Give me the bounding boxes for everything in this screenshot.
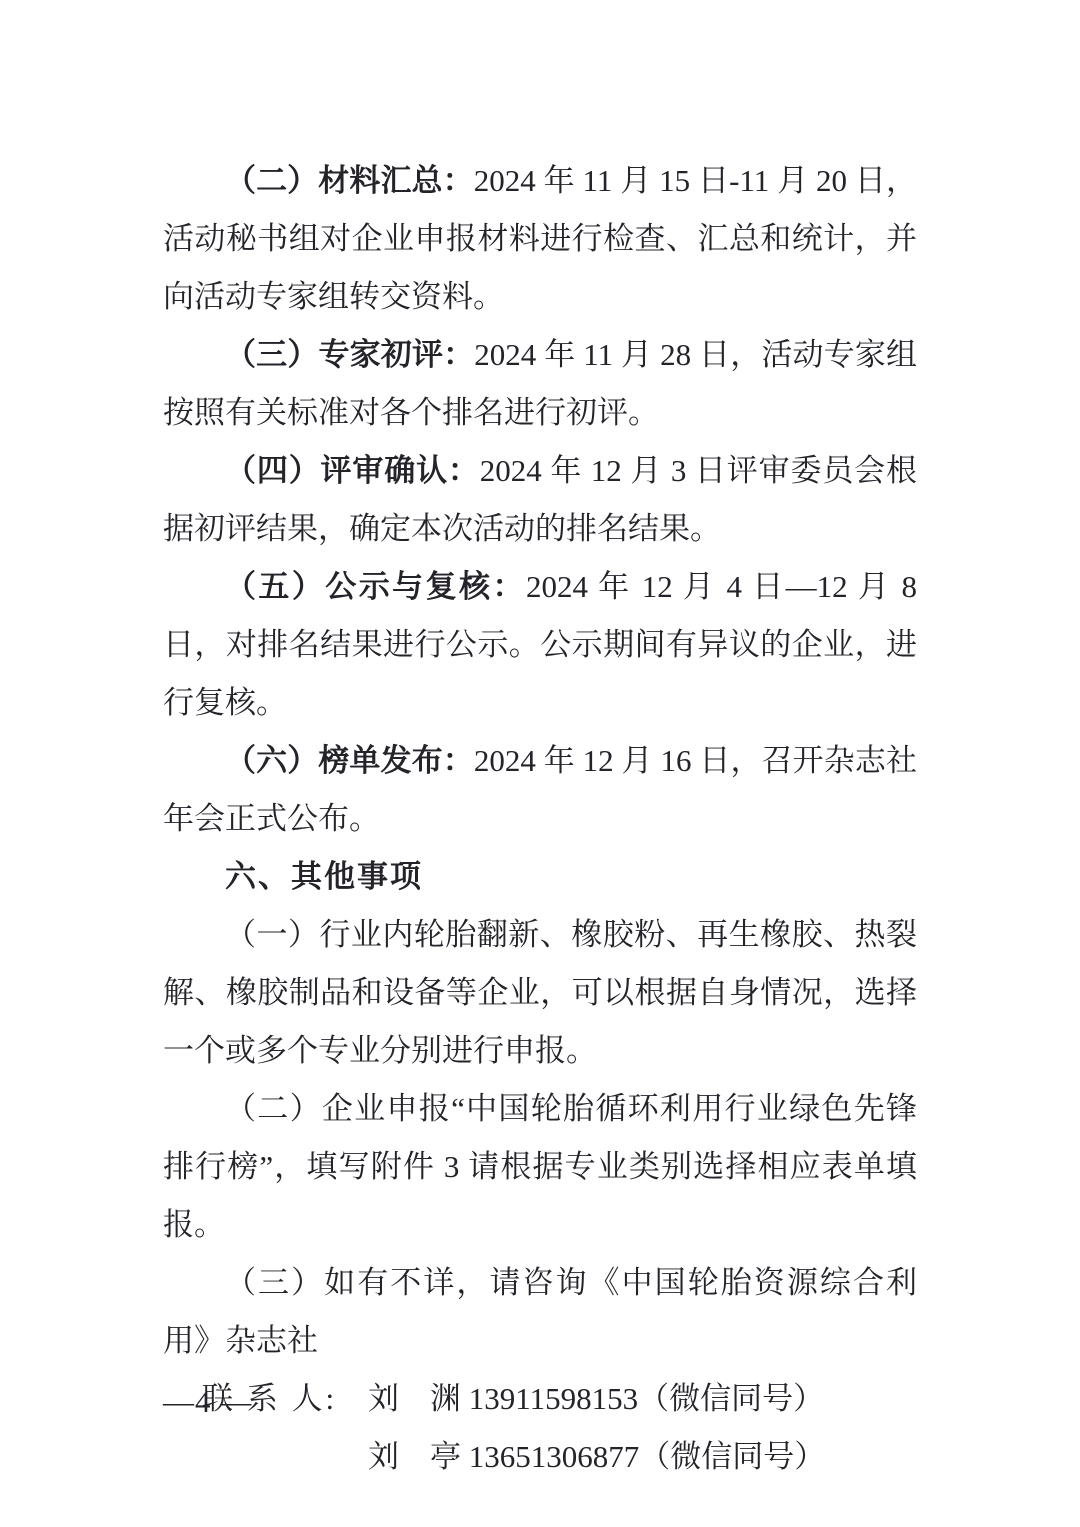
page-number: —4 — (163, 1382, 252, 1422)
contact-line-2: 刘 亭 13651306877（微信同号） (163, 1428, 917, 1486)
paragraph-publicity-and-recheck: （五）公示与复核：2024 年 12 月 4 日—12 月 8 日，对排名结果进… (163, 558, 917, 732)
paragraph-material-summary: （二）材料汇总：2024 年 11 月 15 日-11 月 20 日，活动秘书组… (163, 152, 917, 326)
contact-value-1: 刘 渊 13911598153（微信同号） (368, 1381, 824, 1416)
paragraph-review-confirmation: （四）评审确认：2024 年 12 月 3 日评审委员会根据初评结果，确定本次活… (163, 442, 917, 558)
paragraph-lead: （六）榜单发布： (225, 743, 474, 778)
document-body: （二）材料汇总：2024 年 11 月 15 日-11 月 20 日，活动秘书组… (163, 152, 917, 1486)
paragraph-list-release: （六）榜单发布：2024 年 12 月 16 日，召开杂志社年会正式公布。 (163, 732, 917, 848)
paragraph-expert-initial-review: （三）专家初评：2024 年 11 月 28 日，活动专家组按照有关标准对各个排… (163, 326, 917, 442)
section-heading-other-matters: 六、其他事项 (163, 848, 917, 906)
paragraph-lead: （四）评审确认： (225, 453, 480, 488)
other-item-3: （三）如有不详，请咨询《中国轮胎资源综合利用》杂志社 (163, 1254, 917, 1370)
other-item-1: （一）行业内轮胎翻新、橡胶粉、再生橡胶、热裂解、橡胶制品和设备等企业，可以根据自… (163, 906, 917, 1080)
document-page: （二）材料汇总：2024 年 11 月 15 日-11 月 20 日，活动秘书组… (0, 0, 1080, 1527)
other-item-2: （二）企业申报“中国轮胎循环利用行业绿色先锋排行榜”，填写附件 3 请根据专业类… (163, 1080, 917, 1254)
paragraph-lead: （二）材料汇总： (225, 163, 474, 198)
paragraph-lead: （五）公示与复核： (225, 569, 526, 604)
paragraph-lead: （三）专家初评： (225, 337, 474, 372)
contact-line-1: 联 系 人:刘 渊 13911598153（微信同号） (163, 1370, 917, 1428)
